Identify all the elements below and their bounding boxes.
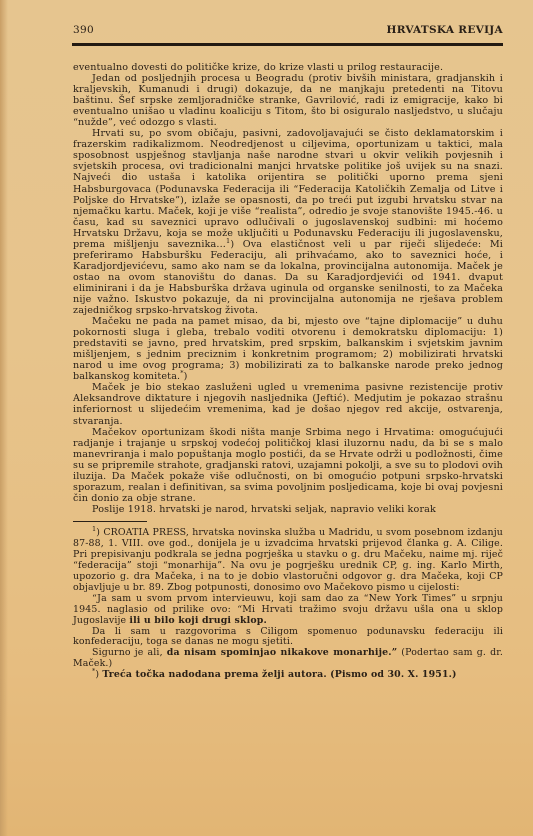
footnote-quote: “Ja sam u svom prvom intervieuwu, koji s… bbox=[73, 594, 503, 627]
quote-emphasis: ili u bilo koji drugi sklop. bbox=[129, 615, 267, 626]
journal-title: HRVATSKA REVIJA bbox=[387, 24, 503, 36]
paragraph: Mačeku ne pada na pamet misao, da bi, mj… bbox=[73, 316, 503, 382]
footnote-text: CROATIA PRESS, hrvatska novinska služba … bbox=[73, 527, 503, 593]
header-rule bbox=[72, 43, 503, 46]
footnote-mark: * bbox=[92, 667, 95, 675]
footnote-1: 1) CROATIA PRESS, hrvatska novinska služ… bbox=[73, 528, 503, 594]
paragraph-text: Ova elastičnost veli u par riječi slijed… bbox=[73, 239, 503, 316]
footnote-text: Treća točka nadodana prema želji autora.… bbox=[102, 669, 456, 680]
paragraph: eventualno dovesti do političke krize, d… bbox=[73, 62, 503, 73]
footnote-ref-1[interactable]: 1 bbox=[226, 237, 230, 245]
quote-text: Sigurno je ali, bbox=[92, 647, 167, 658]
footnote-star: *) Treća točka nadodana prema želji auto… bbox=[73, 670, 503, 681]
footnote-separator bbox=[73, 521, 147, 522]
footnotes: 1) CROATIA PRESS, hrvatska novinska služ… bbox=[73, 528, 503, 681]
footnote-quote: Da li sam u razgovorima s Ciligom spomen… bbox=[73, 627, 503, 649]
paragraph: Mačekov oportunizam škodi ništa manje Sr… bbox=[73, 427, 503, 504]
footnote-quote: Sigurno je ali, da nisam spominjao nikak… bbox=[73, 648, 503, 670]
page-edge-shadow bbox=[0, 0, 8, 836]
paragraph-text: Hrvati su, po svom običaju, pasivni, zad… bbox=[73, 128, 503, 249]
paragraph-text: Mačeku ne pada na pamet misao, da bi, mj… bbox=[73, 316, 503, 382]
footnote-mark: 1 bbox=[92, 525, 96, 533]
page-number: 390 bbox=[73, 24, 94, 36]
article-body: eventualno dovesti do političke krize, d… bbox=[73, 62, 503, 681]
paragraph: Poslije 1918. hrvatski je narod, hrvatsk… bbox=[73, 504, 503, 515]
footnote-ref-star[interactable]: * bbox=[180, 369, 183, 377]
paragraph: Hrvati su, po svom običaju, pasivni, zad… bbox=[73, 128, 503, 316]
paragraph: Maček je bio stekao zasluženi ugled u vr… bbox=[73, 382, 503, 426]
running-head: 390 HRVATSKA REVIJA bbox=[73, 24, 503, 38]
quote-emphasis: da nisam spominjao nikakove monarhije.” bbox=[167, 647, 397, 658]
paragraph: Jedan od posljednjih procesa u Beogradu … bbox=[73, 73, 503, 128]
